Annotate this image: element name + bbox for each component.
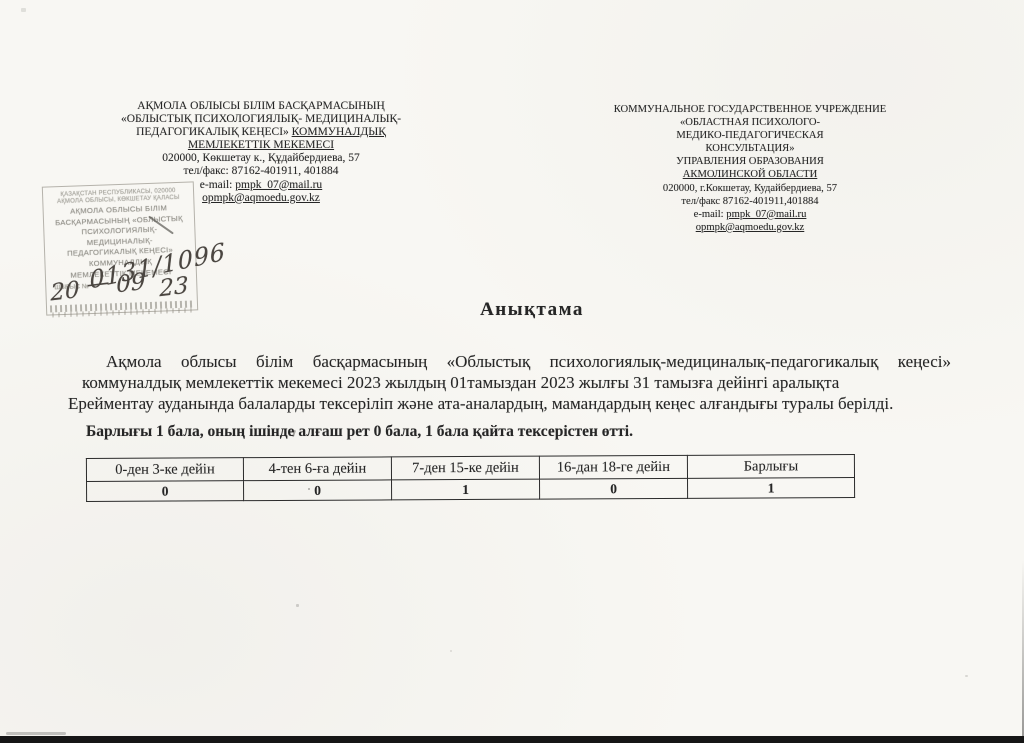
org-line: «ОБЛАСТНАЯ ПСИХОЛОГО- [588,116,912,129]
body-paragraph-line: Ақмола облысы білім басқармасының «Облыс… [106,352,951,372]
body-paragraph-line: коммуналдық мемлекеттік мекемесі 2023 жы… [82,373,839,393]
org-line: ПЕДАГОГИКАЛЫҚ КЕҢЕСІ» КОММУНАЛДЫҚ [95,126,427,139]
email-label: e-mail: [200,179,235,191]
org-phone: тел/факс 87162-401911,401884 [588,195,912,208]
org-address: 020000, Көкшетау к., Құдайбердиева, 57 [95,152,427,165]
org-phone: тел/факс: 87162-401911, 401884 [95,165,427,178]
table-value-cell: 0 [244,480,392,501]
org-line: АҚМОЛА ОБЛЫСЫ БІЛІМ БАСҚАРМАСЫНЫҢ [95,100,427,113]
table-header-cell: 4-тен 6-ға дейін [243,457,391,481]
handwritten-date-month: 09 [116,269,146,299]
email-address: pmpk_07@mail.ru [726,209,806,220]
org-line: «ОБЛЫСТЫҚ ПСИХОЛОГИЯЛЫҚ- МЕДИЦИНАЛЫҚ- [95,113,427,126]
table-header-cell: Барлығы [687,454,854,478]
email-address: pmpk_07@mail.ru [235,179,322,191]
date-dash: — [86,269,109,298]
table-value-row: 0 0 1 0 1 [87,477,855,501]
org-line-underlined: КОММУНАЛДЫҚ [292,126,386,138]
table-header-cell: 7-ден 15-ке дейін [391,456,539,480]
org-line-underlined: АКМОЛИНСКОЙ ОБЛАСТИ [588,168,912,181]
org-line: МЕДИКО-ПЕДАГОГИЧЕСКАЯ [588,129,912,142]
scan-speck [450,650,452,652]
org-address: 020000, г.Кокшетау, Кудайбердиева, 57 [588,182,912,195]
scan-speck [21,8,26,12]
scan-speck [308,488,310,490]
table-value-cell: 0 [540,478,688,499]
scan-speck [296,604,299,607]
table-value-cell: 1 [688,477,855,498]
org-header-russian: КОММУНАЛЬНОЕ ГОСУДАРСТВЕННОЕ УЧРЕЖДЕНИЕ … [588,103,912,234]
handwritten-date-year: 23 [159,273,189,303]
email-address: opmpk@aqmoedu.gov.kz [588,221,912,234]
scan-edge-bottom-bar [0,736,1024,743]
table-value-cell: 0 [87,481,244,502]
org-line: УПРАВЛЕНИЯ ОБРАЗОВАНИЯ [588,155,912,168]
table-header-cell: 0-ден 3-ке дейін [86,458,243,482]
org-line-text: ПЕДАГОГИКАЛЫҚ КЕҢЕСІ» [136,126,292,138]
org-line: КОММУНАЛЬНОЕ ГОСУДАРСТВЕННОЕ УЧРЕЖДЕНИЕ [588,103,912,116]
email-label: e-mail: [694,209,727,220]
body-paragraph-line: Ерейментау ауданында балаларды тексерілі… [68,394,893,414]
document-title: Анықтама [40,299,1024,321]
summary-totals-line: Барлығы 1 бала, оның ішінде алғаш рет 0 … [86,423,633,441]
org-line-underlined: МЕМЛЕКЕТТІК МЕКЕМЕСІ [95,139,427,152]
org-email-line: e-mail: pmpk_07@mail.ru [588,208,912,221]
table-header-cell: 16-дан 18-ге дейін [539,455,687,479]
scan-smudge [6,732,66,735]
org-line: КОНСУЛЬТАЦИЯ» [588,142,912,155]
scanned-document-page: АҚМОЛА ОБЛЫСЫ БІЛІМ БАСҚАРМАСЫНЫҢ «ОБЛЫС… [0,0,1024,743]
scan-speck [965,675,968,677]
age-group-table: 0-ден 3-ке дейін 4-тен 6-ға дейін 7-ден … [86,454,855,502]
table-value-cell: 1 [392,479,540,500]
